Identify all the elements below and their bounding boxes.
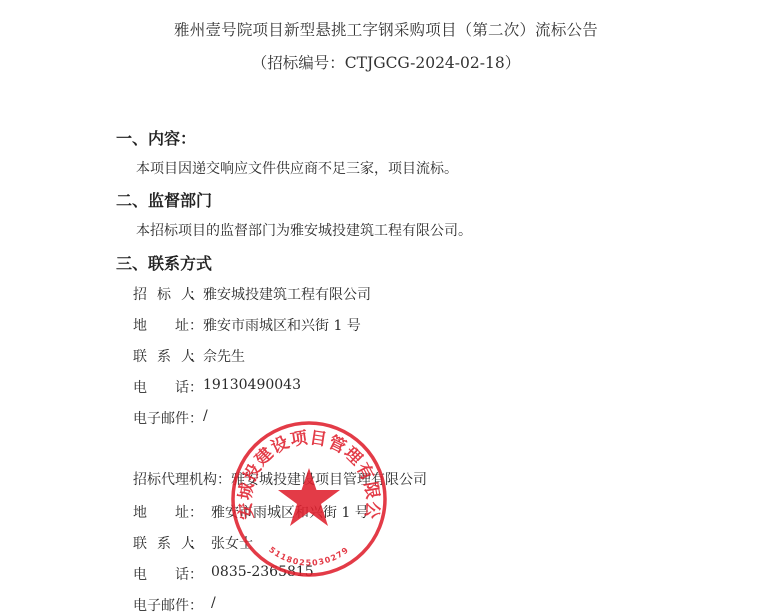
colon: ： xyxy=(189,346,203,366)
tender-number: （招标编号：CTJGCG-2024-02-18） xyxy=(0,51,772,73)
colon: ： xyxy=(189,595,211,615)
section-heading-supervision: 二、监督部门 xyxy=(116,188,212,211)
colon: ： xyxy=(217,469,231,489)
tenderer-address-label: 地址 xyxy=(133,315,189,335)
tenderer-email-label: 电子邮件 xyxy=(133,408,189,428)
tenderer-contact-row: 联系人 ： 佘先生 xyxy=(133,346,245,366)
official-seal-stamp: 雅安城投建设项目管理有限公司 5118025030279 xyxy=(230,420,388,578)
tenderer-phone-label: 电话 xyxy=(133,377,189,397)
colon: ： xyxy=(189,408,203,428)
tenderer-email-row: 电子邮件 ： / xyxy=(133,408,208,428)
tenderer-contact-value: 佘先生 xyxy=(203,346,245,366)
section-body-content: 本项目因递交响应文件供应商不足三家，项目流标。 xyxy=(136,158,458,178)
agency-name-value: 雅安城投建设项目管理有限公司 xyxy=(231,469,427,489)
tenderer-address-row: 地址 ： 雅安市雨城区和兴街 1 号 xyxy=(133,315,361,335)
tenderer-phone-row: 电话 ： 19130490043 xyxy=(133,377,301,397)
document-title: 雅州壹号院项目新型悬挑工字钢采购项目（第二次）流标公告 xyxy=(0,18,772,40)
agency-name-label: 招标代理机构 xyxy=(133,469,217,489)
agency-address-row: 地址 ： 雅安市雨城区和兴街 1 号 xyxy=(133,502,369,522)
seal-ring xyxy=(233,423,385,575)
tenderer-name-value: 雅安城投建筑工程有限公司 xyxy=(203,284,371,304)
tenderer-email-value: / xyxy=(203,408,208,428)
agency-email-label: 电子邮件 xyxy=(133,595,189,615)
agency-contact-value: 张女士 xyxy=(211,533,253,553)
section-heading-contact: 三、联系方式 xyxy=(116,251,212,274)
agency-address-value: 雅安市雨城区和兴街 1 号 xyxy=(211,502,369,522)
agency-email-row: 电子邮件 ： / xyxy=(133,595,216,615)
colon: ： xyxy=(189,502,211,522)
tenderer-phone-value: 19130490043 xyxy=(203,377,301,397)
agency-contact-row: 联系人 ： 张女士 xyxy=(133,533,253,553)
document-page: 雅州壹号院项目新型悬挑工字钢采购项目（第二次）流标公告 （招标编号：CTJGCG… xyxy=(0,0,772,616)
agency-email-value: / xyxy=(211,595,216,615)
colon: ： xyxy=(189,377,203,397)
colon: ： xyxy=(189,315,203,335)
tenderer-contact-label: 联系人 xyxy=(133,346,189,366)
tenderer-address-value: 雅安市雨城区和兴街 1 号 xyxy=(203,315,361,335)
tenderer-name-row: 招标人 ： 雅安城投建筑工程有限公司 xyxy=(133,284,371,304)
colon: ： xyxy=(189,284,203,304)
agency-phone-label: 电话 xyxy=(133,564,189,584)
tenderer-name-label: 招标人 xyxy=(133,284,189,304)
agency-contact-label: 联系人 xyxy=(133,533,189,553)
section-body-supervision: 本招标项目的监督部门为雅安城投建筑工程有限公司。 xyxy=(136,220,472,240)
colon: ： xyxy=(189,533,211,553)
agency-phone-value: 0835-2365815 xyxy=(211,564,314,584)
colon: ： xyxy=(189,564,211,584)
agency-name-row: 招标代理机构 ： 雅安城投建设项目管理有限公司 xyxy=(133,469,427,489)
agency-phone-row: 电话 ： 0835-2365815 xyxy=(133,564,314,584)
agency-address-label: 地址 xyxy=(133,502,189,522)
section-heading-content: 一、内容： xyxy=(116,126,196,149)
